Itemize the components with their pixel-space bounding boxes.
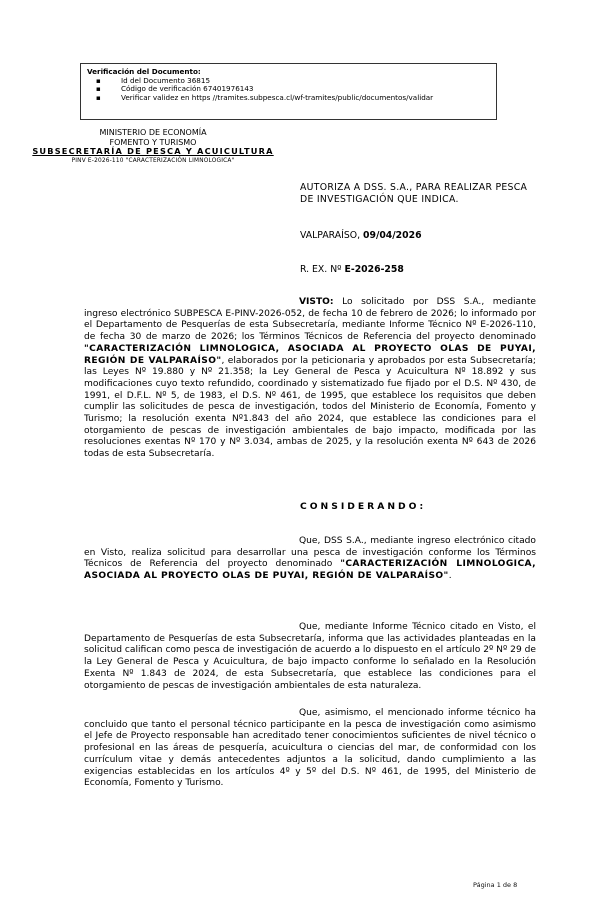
rex-number: E-2026-258	[344, 264, 403, 275]
resolution-date: 09/04/2026	[363, 230, 422, 241]
c1-end: .	[449, 571, 452, 581]
ministry-line-1: MINISTERIO DE ECONOMÍA	[28, 128, 278, 138]
resolution-number: R. EX. Nº E-2026-258	[300, 264, 540, 276]
visto-paragraph: VISTO: Lo solicitado por DSS S.A., media…	[84, 297, 536, 461]
considerando-paragraph-2: Que, mediante Informe Técnico citado en …	[84, 622, 536, 692]
resolution-place: VALPARAÍSO,	[300, 230, 363, 241]
pinv-reference: PINV E-2026-110 "CARACTERIZACIÓN LIMNOLO…	[28, 157, 278, 167]
resolution-place-date: VALPARAÍSO, 09/04/2026	[300, 230, 540, 242]
visto-text-2: , elaborados por la peticionaria y aprob…	[84, 356, 536, 460]
subsecretaria-title: SUBSECRETARÍA DE PESCA Y ACUICULTURA	[28, 147, 278, 157]
considerando-paragraph-1: Que, DSS S.A., mediante ingreso electrón…	[84, 536, 536, 583]
verification-list: Id del Documento 36815 Código de verific…	[87, 77, 490, 103]
visto-label: VISTO:	[299, 297, 334, 307]
considerando-heading: CONSIDERANDO:	[300, 501, 426, 512]
resolution-subject: AUTORIZA A DSS. S.A., PARA REALIZAR PESC…	[300, 182, 540, 205]
verification-box: Verificación del Documento: Id del Docum…	[80, 63, 497, 120]
c3-text: Que, asimismo, el mencionado informe téc…	[84, 708, 536, 788]
page-number: Página 1 de 8	[473, 881, 517, 889]
verification-url[interactable]: Verificar validez en https //tramites.su…	[121, 94, 490, 103]
ministry-header: MINISTERIO DE ECONOMÍA FOMENTO Y TURISMO…	[28, 128, 278, 166]
considerando-paragraph-3: Que, asimismo, el mencionado informe téc…	[84, 708, 536, 790]
rex-prefix: R. EX. Nº	[300, 264, 344, 275]
c2-text: Que, mediante Informe Técnico citado en …	[84, 622, 536, 691]
